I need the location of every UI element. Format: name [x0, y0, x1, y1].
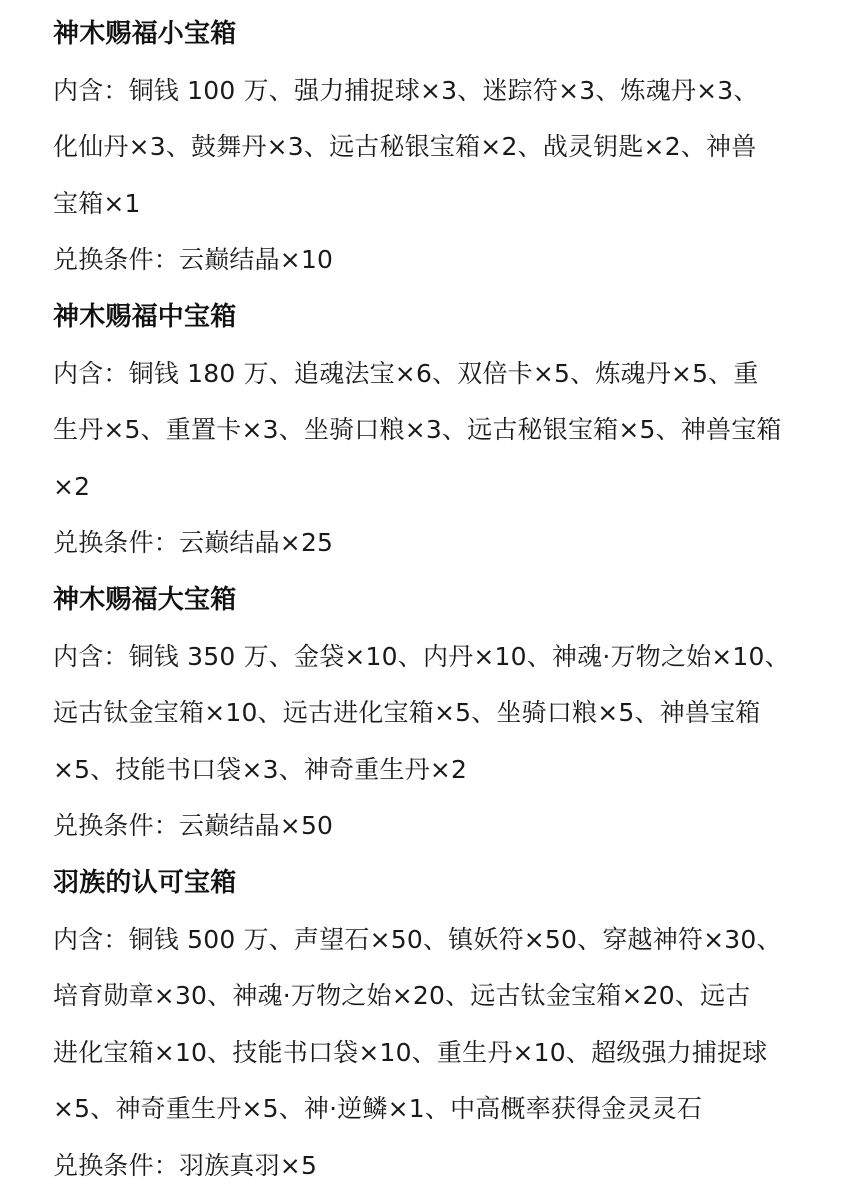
contents-line: 宝箱×1 — [53, 176, 843, 233]
contents-line: 内含：铜钱 180 万、追魂法宝×6、双倍卡×5、炼魂丹×5、重 — [53, 346, 843, 403]
contents-line: 内含：铜钱 500 万、声望石×50、镇妖符×50、穿越神符×30、 — [53, 912, 843, 969]
contents-line: ×2 — [53, 459, 843, 516]
contents-line: 进化宝箱×10、技能书口袋×10、重生丹×10、超级强力捕捉球 — [53, 1025, 843, 1082]
contents-line: 远古钛金宝箱×10、远古进化宝箱×5、坐骑口粮×5、神兽宝箱 — [53, 685, 843, 742]
contents-line: 培育勋章×30、神魂·万物之始×20、远古钛金宝箱×20、远古 — [53, 968, 843, 1025]
contents-line: ×5、技能书口袋×3、神奇重生丹×2 — [53, 742, 843, 799]
section-title: 羽族的认可宝箱 — [53, 855, 843, 912]
section-title: 神木赐福中宝箱 — [53, 289, 843, 346]
contents-line: ×5、神奇重生丹×5、神·逆鳞×1、中高概率获得金灵灵石 — [53, 1081, 843, 1138]
exchange-condition: 兑换条件：云巅结晶×10 — [53, 232, 843, 289]
document-body: 神木赐福小宝箱 内含：铜钱 100 万、强力捕捉球×3、迷踪符×3、炼魂丹×3、… — [53, 6, 843, 1190]
contents-line: 生丹×5、重置卡×3、坐骑口粮×3、远古秘银宝箱×5、神兽宝箱 — [53, 402, 843, 459]
exchange-condition: 兑换条件：云巅结晶×25 — [53, 515, 843, 572]
contents-line: 内含：铜钱 100 万、强力捕捉球×3、迷踪符×3、炼魂丹×3、 — [53, 63, 843, 120]
section-title: 神木赐福小宝箱 — [53, 6, 843, 63]
exchange-condition: 兑换条件：云巅结晶×50 — [53, 798, 843, 855]
exchange-condition: 兑换条件：羽族真羽×5 — [53, 1138, 843, 1190]
contents-line: 内含：铜钱 350 万、金袋×10、内丹×10、神魂·万物之始×10、 — [53, 629, 843, 686]
section-title: 神木赐福大宝箱 — [53, 572, 843, 629]
contents-line: 化仙丹×3、鼓舞丹×3、远古秘银宝箱×2、战灵钥匙×2、神兽 — [53, 119, 843, 176]
